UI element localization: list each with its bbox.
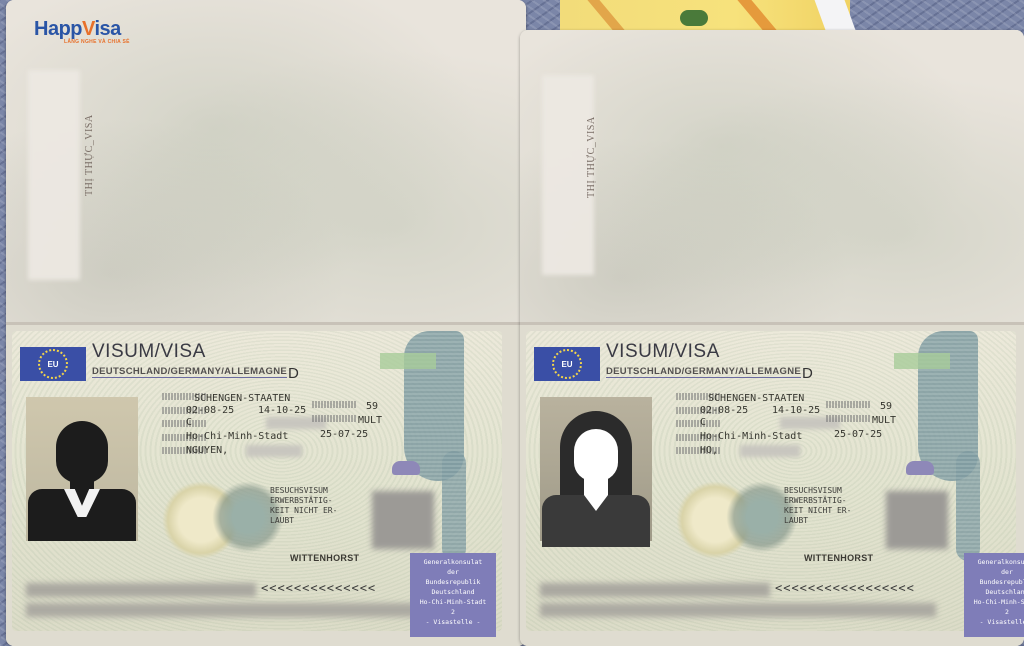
- hologram-map-tail: [442, 451, 466, 561]
- visa-country: DEUTSCHLAND/GERMANY/ALLEMAGNE: [92, 366, 287, 378]
- valid-until: 14-10-25: [772, 405, 820, 416]
- visa-category: C: [700, 417, 706, 428]
- passport-page-lower: EU VISUM/VISA DEUTSCHLAND/GERMANY/ALLEMA…: [520, 325, 1024, 646]
- holder-photo-male-silhouette: [26, 397, 138, 541]
- visa-sticker: EU VISUM/VISA DEUTSCHLAND/GERMANY/ALLEMA…: [526, 331, 1016, 631]
- happyvisa-logo: HappVisa LẮNG NGHE VÀ CHIA SẺ: [34, 18, 130, 45]
- passport-page-upper: THỊ THỰC_VISA: [6, 0, 526, 322]
- valid-for: SCHENGEN-STAATEN: [708, 393, 804, 404]
- valid-from: 02-08-25: [700, 405, 748, 416]
- entries: MULT: [872, 415, 896, 426]
- redacted-strip: [28, 70, 80, 280]
- hologram-map-tail: [956, 451, 980, 561]
- visa-remarks: BESUCHSVISUM ERWERBSTÄTIG- KEIT NICHT ER…: [270, 486, 337, 526]
- eu-flag-icon: EU: [534, 347, 600, 381]
- passport-left: THỊ THỰC_VISA EU VISUM/VISA DEUTSCHLAND/…: [6, 0, 526, 646]
- redacted-field: [246, 445, 302, 457]
- passport-right: THỊ THỰC_VISA EU VISUM/VISA DEUTSCHLAND/…: [520, 30, 1024, 646]
- issue-date: 25-07-25: [834, 429, 882, 440]
- passport-page-lower: EU VISUM/VISA DEUTSCHLAND/GERMANY/ALLEMA…: [6, 325, 526, 646]
- valid-for: SCHENGEN-STAATEN: [194, 393, 290, 404]
- visa-title: VISUM/VISA: [92, 341, 206, 363]
- passport-page-upper: THỊ THỰC_VISA: [520, 30, 1024, 322]
- logo-accent-v: V: [82, 18, 94, 40]
- eu-flag-icon: EU: [20, 347, 86, 381]
- yellow-book-background: [560, 0, 850, 31]
- entries: MULT: [358, 415, 382, 426]
- consulate-stamp: Generalkonsulat der Bundesrepublik Deuts…: [964, 553, 1024, 637]
- page-label: THỊ THỰC_VISA: [84, 114, 95, 196]
- visa-type: D: [802, 365, 813, 382]
- visa-type: D: [288, 365, 299, 382]
- redacted-barcode: [886, 491, 948, 549]
- duration-days: 59: [366, 401, 378, 412]
- visa-header: EU VISUM/VISA DEUTSCHLAND/GERMANY/ALLEMA…: [20, 343, 422, 383]
- officer-signature: WITTENHORST: [290, 553, 359, 563]
- machine-readable-zone: <<<<<<<<<<<<<<: [26, 579, 422, 623]
- officer-signature: WITTENHORST: [804, 553, 873, 563]
- issued-in: Ho-Chi-Minh-Stadt: [700, 431, 802, 442]
- valid-from: 02-08-25: [186, 405, 234, 416]
- visa-remarks: BESUCHSVISUM ERWERBSTÄTIG- KEIT NICHT ER…: [784, 486, 851, 526]
- visa-country: DEUTSCHLAND/GERMANY/ALLEMAGNE: [606, 366, 801, 378]
- redacted-barcode: [372, 491, 434, 549]
- visa-category: C: [186, 417, 192, 428]
- eagle-emblem-icon: [906, 461, 934, 475]
- toy-figure: [680, 10, 708, 26]
- logo-tagline: LẮNG NGHE VÀ CHIA SẺ: [64, 39, 130, 45]
- redacted-field: [740, 445, 800, 457]
- eagle-emblem-icon: [392, 461, 420, 475]
- page-label: THỊ THỰC_VISA: [586, 116, 597, 198]
- duration-days: 59: [880, 401, 892, 412]
- consulate-stamp: Generalkonsulat der Bundesrepublik Deuts…: [410, 553, 496, 637]
- valid-until: 14-10-25: [258, 405, 306, 416]
- visa-title: VISUM/VISA: [606, 341, 720, 363]
- surname: HO,: [700, 445, 718, 456]
- issue-date: 25-07-25: [320, 429, 368, 440]
- green-hologram: [380, 353, 436, 369]
- surname: NGUYEN,: [186, 445, 228, 456]
- holder-photo-female-silhouette: [540, 397, 652, 541]
- green-hologram: [894, 353, 950, 369]
- issued-in: Ho-Chi-Minh-Stadt: [186, 431, 288, 442]
- visa-header: EU VISUM/VISA DEUTSCHLAND/GERMANY/ALLEMA…: [534, 343, 936, 383]
- machine-readable-zone: <<<<<<<<<<<<<<<<<: [540, 579, 936, 623]
